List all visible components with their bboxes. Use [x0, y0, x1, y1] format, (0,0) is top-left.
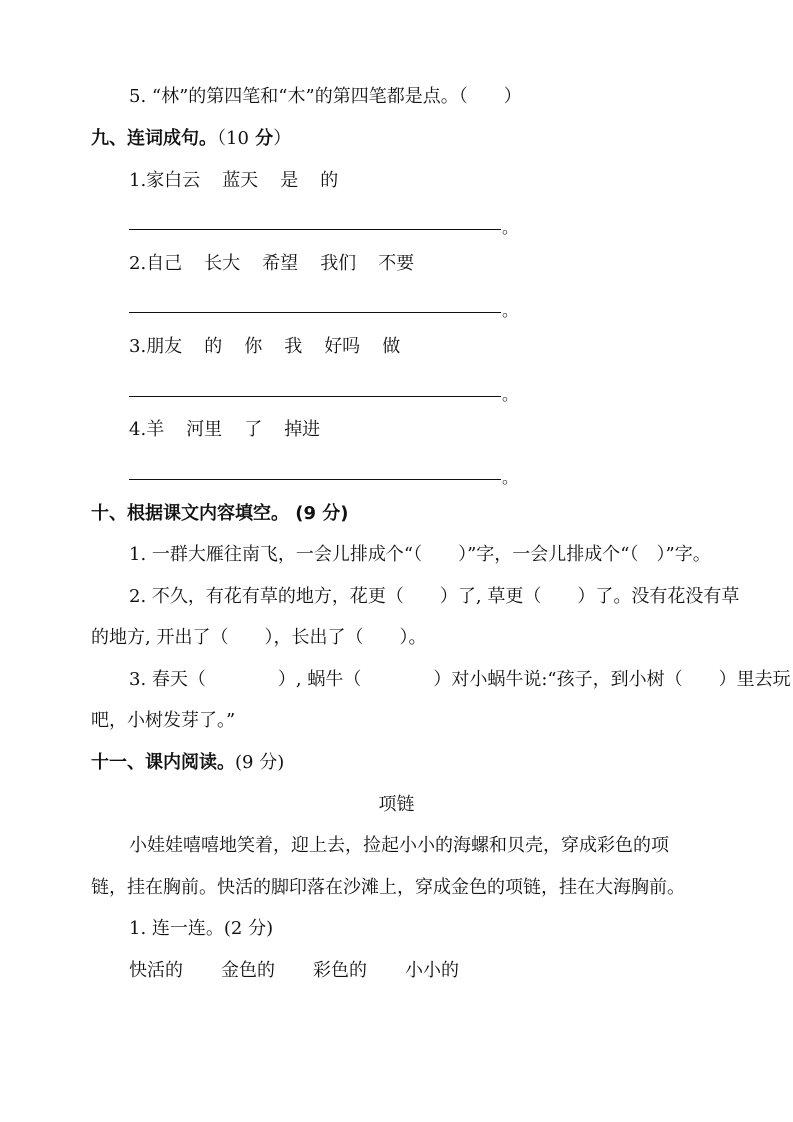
passage-line-1: 小娃娃嘻嘻地笑着，迎上去，捡起小小的海螺和贝壳，穿成彩色的项	[129, 835, 669, 857]
question-11-1-label: 1. 连一连。(2 分)	[129, 918, 273, 940]
section-9-title: 九、连词成句。	[91, 128, 217, 149]
section-10-title: 十、根据课文内容填空。	[91, 503, 289, 524]
question-10-3-line2: 吧，小树发芽了。”	[91, 710, 235, 732]
question-9-1-words: 1.家白云蓝天是的	[129, 170, 360, 192]
option-word[interactable]: 彩色的	[313, 960, 367, 982]
answer-period: 。	[502, 220, 518, 236]
section-9-points: （10 分）	[217, 128, 291, 149]
option-word[interactable]: 小小的	[405, 960, 459, 982]
question-9-2-words: 2.自己长大希望我们不要	[129, 253, 436, 275]
answer-period: 。	[502, 387, 518, 403]
answer-line-9-4[interactable]	[129, 479, 501, 480]
question-9-3-words: 3.朋友的你我好吗做	[129, 336, 422, 358]
section-11-heading: 十一、课内阅读。(9 分)	[91, 752, 284, 774]
question-10-2-line2: 的地方, 开出了（ ），长出了（ ）。	[91, 627, 426, 649]
question-8-5: 5. “林”的第四笔和“木”的第四笔都是点。（ ）	[129, 86, 522, 108]
section-11-title: 十一、课内阅读。	[91, 752, 235, 773]
answer-line-9-3[interactable]	[129, 396, 501, 397]
answer-period: 。	[502, 303, 518, 319]
section-10-heading: 十、根据课文内容填空。 (9 分)	[91, 503, 349, 525]
option-word[interactable]: 快活的	[129, 960, 183, 982]
section-10-points: (9 分)	[289, 503, 349, 524]
passage-title: 项链	[0, 794, 793, 816]
question-10-2-line1: 2. 不久，有花有草的地方，花更（ ）了, 草更（ ）了。没有花没有草	[129, 586, 739, 608]
option-word[interactable]: 金色的	[221, 960, 275, 982]
answer-line-9-1[interactable]	[129, 229, 501, 230]
answer-line-9-2[interactable]	[129, 312, 501, 313]
answer-period: 。	[502, 470, 518, 486]
question-10-3-line1: 3. 春天（ ）, 蜗牛（ ）对小蜗牛说:“孩子，到小树（ ）里去玩	[129, 669, 791, 691]
section-9-heading: 九、连词成句。（10 分）	[91, 128, 291, 150]
question-11-1-options: 快活的金色的彩色的小小的	[129, 960, 497, 982]
question-10-1: 1. 一群大雁往南飞，一会儿排成个“（ ）”字，一会儿排成个“（ ）”字。	[129, 544, 711, 566]
question-9-4-words: 4.羊河里了掉进	[129, 419, 342, 441]
section-11-points: (9 分)	[235, 752, 284, 773]
passage-line-2: 链，挂在胸前。快活的脚印落在沙滩上，穿成金色的项链，挂在大海胸前。	[91, 877, 685, 899]
